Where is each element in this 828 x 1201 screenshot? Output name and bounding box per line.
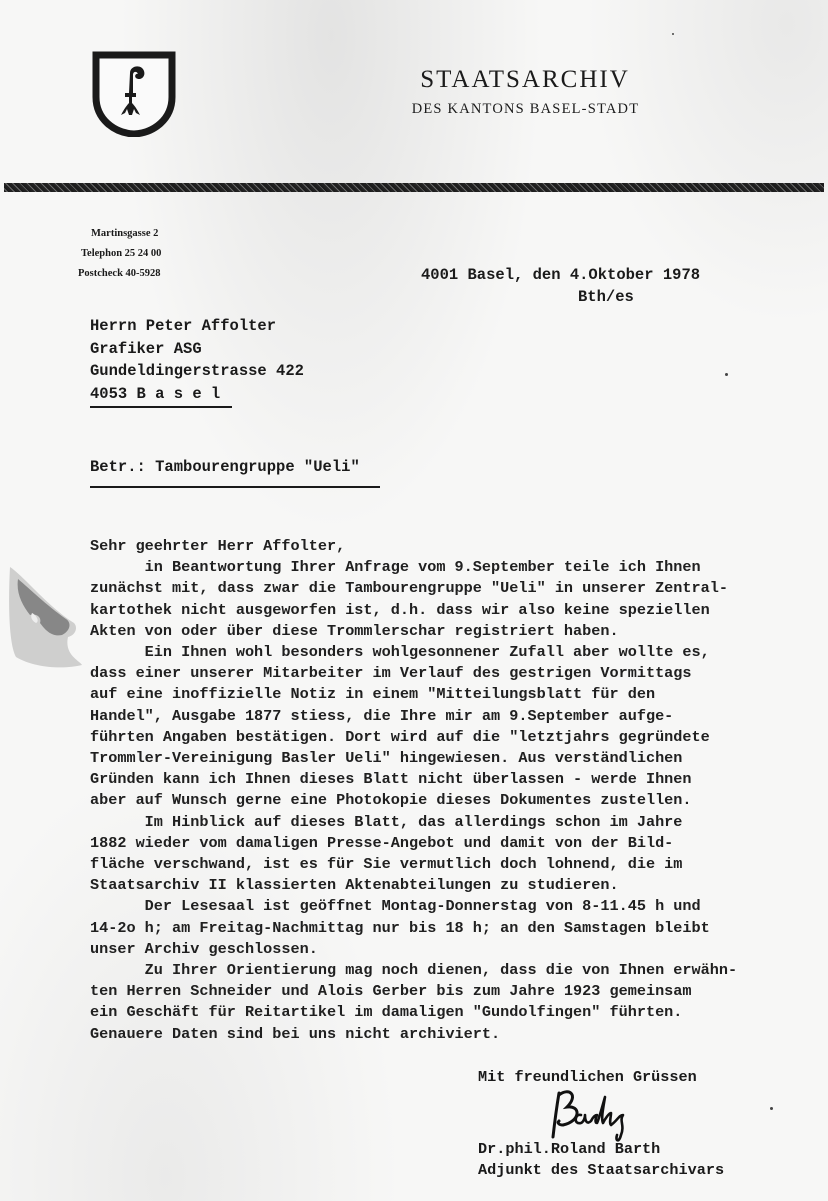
reference-code: Bth/es (578, 287, 634, 307)
body-line: Zu Ihrer Orientierung mag noch dienen, d… (90, 960, 810, 981)
basel-crest-icon (92, 51, 176, 137)
dateline: 4001 Basel, den 4.Oktober 1978 (421, 265, 700, 285)
body-line: Sehr geehrter Herr Affolter, (90, 536, 810, 557)
body-line: auf eine inoffizielle Notiz in einem "Mi… (90, 684, 810, 705)
body-line: in Beantwortung Ihrer Anfrage vom 9.Sept… (90, 557, 810, 578)
body-line: Staatsarchiv II klassierten Aktenabteilu… (90, 875, 810, 896)
recipient-line: 4053 B a s e l (90, 383, 304, 406)
contact-telephone: Telephon 25 24 00 (78, 244, 161, 264)
recipient-line: Gundeldingerstrasse 422 (90, 360, 304, 383)
body-line: Im Hinblick auf dieses Blatt, das allerd… (90, 812, 810, 833)
paper-speck (770, 1107, 773, 1110)
body-line: 1882 wieder vom damaligen Presse-Angebot… (90, 833, 810, 854)
body-line: ein Geschäft für Reitartikel im damalige… (90, 1002, 810, 1023)
body-line: zunächst mit, dass zwar die Tambourengru… (90, 578, 810, 599)
body-line: führten Angaben bestätigen. Dort wird au… (90, 727, 810, 748)
letter-page: STAATSARCHIV DES KANTONS BASEL-STADT Mar… (0, 0, 828, 1201)
recipient-address: Herrn Peter Affolter Grafiker ASG Gundel… (90, 315, 304, 405)
handwritten-signature-icon (545, 1085, 655, 1145)
archive-title: STAATSARCHIV (405, 66, 645, 94)
body-line: Der Lesesaal ist geöffnet Montag-Donners… (90, 896, 810, 917)
closing-salutation: Mit freundlichen Grüssen (478, 1068, 697, 1086)
archive-subtitle: DES KANTONS BASEL-STADT (388, 101, 663, 118)
body-line: Gründen kann ich Ihnen dieses Blatt nich… (90, 769, 810, 790)
body-line: aber auf Wunsch gerne eine Photokopie di… (90, 790, 810, 811)
body-line: dass einer unserer Mitarbeiter im Verlau… (90, 663, 810, 684)
body-line: 14-2o h; am Freitag-Nachmittag nur bis 1… (90, 918, 810, 939)
body-line: unser Archiv geschlossen. (90, 939, 810, 960)
body-line: Akten von oder über diese Trommlerschar … (90, 621, 810, 642)
subject-line: Betr.: Tambourengruppe "Ueli" (90, 458, 360, 476)
body-line: ten Herren Schneider und Alois Gerber bi… (90, 981, 810, 1002)
recipient-line: Herrn Peter Affolter (90, 315, 304, 338)
body-line: kartothek nicht ausgeworfen ist, d.h. da… (90, 600, 810, 621)
body-line: Genauere Daten sind bei uns nicht archiv… (90, 1024, 810, 1045)
body-line: fläche verschwand, ist es für Sie vermut… (90, 854, 810, 875)
signer-position: Adjunkt des Staatsarchivars (478, 1160, 724, 1181)
body-line: Trommler-Vereinigung Basler Ueli" hingew… (90, 748, 810, 769)
signer-block: Dr.phil.Roland Barth Adjunkt des Staatsa… (478, 1139, 724, 1181)
contact-postcheck: Postcheck 40-5928 (78, 264, 161, 284)
contact-block: Martinsgasse 2 Telephon 25 24 00 Postche… (78, 224, 161, 284)
signer-name: Dr.phil.Roland Barth (478, 1139, 724, 1160)
recipient-line: Grafiker ASG (90, 338, 304, 361)
body-line: Handel", Ausgabe 1877 stiess, die Ihre m… (90, 706, 810, 727)
paper-speck (725, 373, 728, 376)
body-line: Ein Ihnen wohl besonders wohlgesonnener … (90, 642, 810, 663)
letterhead-divider (4, 183, 824, 192)
letter-body: Sehr geehrter Herr Affolter, in Beantwor… (90, 536, 810, 1045)
contact-address: Martinsgasse 2 (78, 224, 161, 244)
address-underline (90, 406, 232, 408)
ink-stain (6, 565, 84, 670)
paper-speck (672, 33, 674, 35)
subject-underline (90, 486, 380, 488)
